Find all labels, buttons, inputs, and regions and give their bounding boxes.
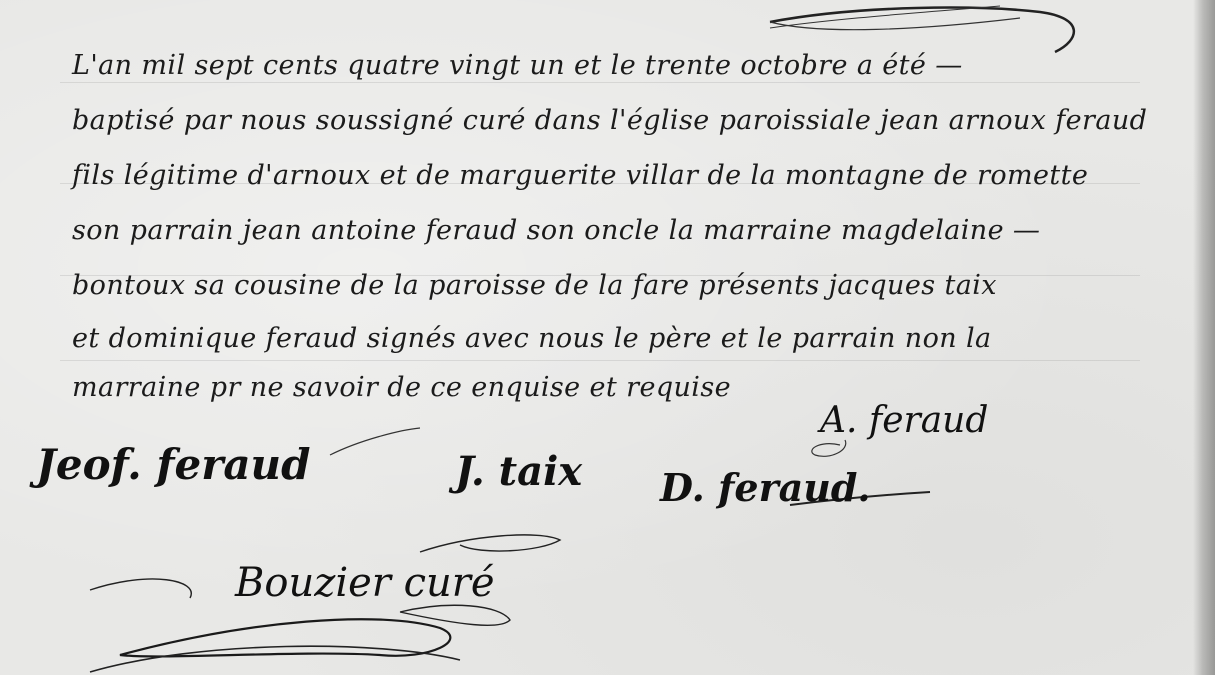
body-line-6: et dominique feraud signés avec nous le … xyxy=(72,323,992,354)
signature-cure: Bouzier curé xyxy=(235,560,495,606)
body-line-4: son parrain jean antoine feraud son oncl… xyxy=(72,215,1040,246)
body-line-2: baptisé par nous soussigné curé dans l'é… xyxy=(72,105,1147,136)
signature-d-feraud: D. feraud. xyxy=(660,465,871,510)
body-line-7: marraine pr ne savoir de ce enquise et r… xyxy=(72,372,731,403)
page-edge-shadow xyxy=(1193,0,1215,675)
ruled-line xyxy=(60,360,1140,361)
body-line-3: fils légitime d'arnoux et de marguerite … xyxy=(72,160,1088,191)
register-page: L'an mil sept cents quatre vingt un et l… xyxy=(0,0,1215,675)
body-line-1: L'an mil sept cents quatre vingt un et l… xyxy=(72,50,963,81)
ruled-line xyxy=(60,82,1140,83)
body-line-5: bontoux sa cousine de la paroisse de la … xyxy=(72,270,997,301)
signature-father: Jeof. feraud xyxy=(36,440,310,489)
signature-a-feraud: A. feraud xyxy=(820,400,988,441)
signature-taix: J. taix xyxy=(455,448,582,495)
